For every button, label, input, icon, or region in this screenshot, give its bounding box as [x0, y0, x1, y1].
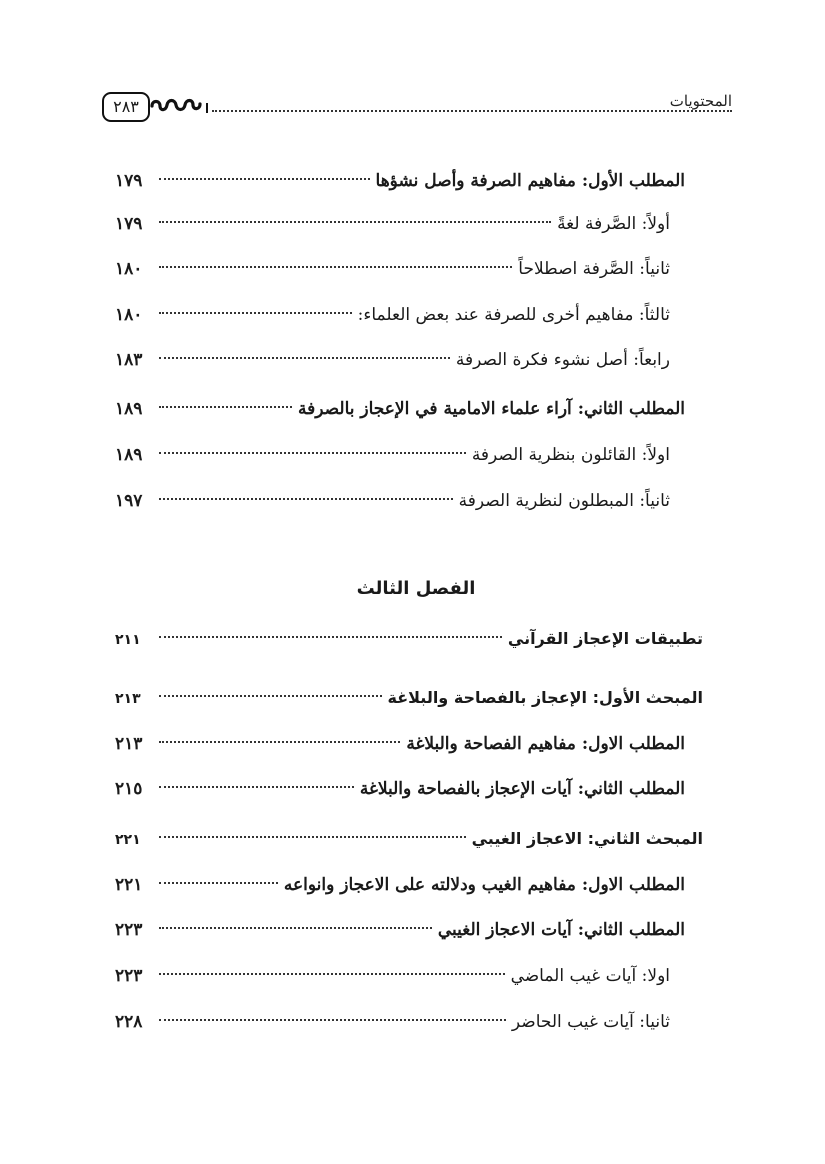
toc-entry[interactable]: ثانيا: آيات غيب الحاضر ٢٢٨ [115, 1007, 670, 1037]
toc-entry-page: ١٧٩ [115, 166, 157, 196]
header-dotted-rule [212, 106, 732, 112]
toc-entry-page: ٢٢١ [115, 870, 157, 900]
toc-entry-page: ١٨٠ [115, 254, 157, 284]
toc-entry-label: المطلب الأول: مفاهيم الصرفة وأصل نشؤها [372, 166, 685, 196]
toc-entry[interactable]: المطلب الاول: مفاهيم الفصاحة والبلاغة ٢١… [115, 729, 685, 759]
toc-entry-page: ١٨٠ [115, 300, 157, 330]
chapter-heading: الفصل الثالث [100, 578, 732, 599]
toc-entry-page: ١٩٧ [115, 486, 157, 516]
dot-leader [159, 741, 400, 743]
toc-entry[interactable]: ثانياً: المبطلون لنظرية الصرفة ١٩٧ [115, 486, 670, 516]
toc-entry[interactable]: اولاً: القائلون بنظرية الصرفة ١٨٩ [115, 440, 670, 470]
toc-entry-label: المبحث الثاني: الاعجاز الغيبي [468, 824, 703, 854]
dot-leader [159, 498, 453, 500]
dot-leader [159, 1019, 506, 1021]
dot-leader [159, 882, 278, 884]
toc-entry[interactable]: ثانياً: الصَّرفة اصطلاحاً ١٨٠ [115, 254, 670, 284]
document-page: المحتويات ٢٨٣ المطلب الأول: مفاهيم الصرف… [0, 0, 825, 1164]
toc-entry-label: ثالثاً: مفاهيم أخرى للصرفة عند بعض العلم… [354, 300, 670, 330]
toc-entry-label: اولا: آيات غيب الماضي [507, 961, 670, 991]
toc-entry[interactable]: اولا: آيات غيب الماضي ٢٢٣ [115, 961, 670, 991]
toc-entry[interactable]: المبحث الثاني: الاعجاز الغيبي ٢٢١ [115, 824, 703, 854]
toc-entry-label: اولاً: القائلون بنظرية الصرفة [468, 440, 670, 470]
toc-entry-label: رابعاً: أصل نشوء فكرة الصرفة [452, 345, 670, 375]
toc-entry-page: ١٨٩ [115, 440, 157, 470]
dot-leader [159, 357, 450, 359]
toc-entry-label: المطلب الاول: مفاهيم الفصاحة والبلاغة [402, 729, 685, 759]
toc-entry-label: المطلب الثاني: آيات الإعجاز بالفصاحة وال… [356, 774, 685, 804]
header-page-number: ٢٨٣ [102, 92, 150, 122]
toc-entry-page: ١٨٩ [115, 394, 157, 424]
toc-entry[interactable]: المطلب الأول: مفاهيم الصرفة وأصل نشؤها ١… [115, 166, 685, 196]
toc-entry[interactable]: المطلب الثاني: آراء علماء الامامية في ال… [115, 394, 685, 424]
dot-leader [159, 927, 432, 929]
header-divider-bar [206, 103, 208, 113]
ornament-icon [150, 96, 202, 119]
toc-entry-page: ١٨٣ [115, 345, 157, 375]
running-header: المحتويات ٢٨٣ [100, 92, 732, 126]
toc-entry-page: ٢٢٨ [115, 1007, 157, 1037]
toc-entry-page: ٢٢١ [115, 825, 157, 855]
toc-entry[interactable]: أولاً: الصَّرفة لغةً ١٧٩ [115, 209, 670, 239]
toc-entry-page: ٢٢٣ [115, 915, 157, 945]
toc-entry-label: ثانيا: آيات غيب الحاضر [508, 1007, 670, 1037]
dot-leader [159, 312, 352, 314]
toc-entry[interactable]: المطلب الثاني: آيات الإعجاز بالفصاحة وال… [115, 774, 685, 804]
dot-leader [159, 973, 505, 975]
toc-entry[interactable]: المطلب الثاني: آيات الاعجاز الغيبي ٢٢٣ [115, 915, 685, 945]
toc-entry-label: المطلب الثاني: آراء علماء الامامية في ال… [294, 394, 685, 424]
toc-entry[interactable]: رابعاً: أصل نشوء فكرة الصرفة ١٨٣ [115, 345, 670, 375]
toc-entry[interactable]: المبحث الأول: الإعجاز بالفصاحة والبلاغة … [115, 683, 703, 713]
toc-entry-label: المطلب الثاني: آيات الاعجاز الغيبي [434, 915, 685, 945]
dot-leader [159, 836, 466, 838]
dot-leader [159, 695, 382, 697]
dot-leader [159, 636, 502, 638]
toc-entry-label: ثانياً: الصَّرفة اصطلاحاً [514, 254, 670, 284]
dot-leader [159, 178, 370, 180]
toc-entry-label: ثانياً: المبطلون لنظرية الصرفة [455, 486, 670, 516]
dot-leader [159, 452, 466, 454]
dot-leader [159, 786, 354, 788]
toc-entry[interactable]: ثالثاً: مفاهيم أخرى للصرفة عند بعض العلم… [115, 300, 670, 330]
toc-entry-page: ٢٢٣ [115, 961, 157, 991]
toc-entry[interactable]: تطبيقات الإعجاز القرآني ٢١١ [115, 624, 703, 654]
dot-leader [159, 406, 292, 408]
dot-leader [159, 221, 551, 223]
dot-leader [159, 266, 512, 268]
toc-entry-label: أولاً: الصَّرفة لغةً [553, 209, 670, 239]
toc-entry-page: ٢١٣ [115, 684, 157, 714]
toc-entry-page: ٢١٥ [115, 774, 157, 804]
toc-entry-label: تطبيقات الإعجاز القرآني [504, 624, 703, 654]
toc-entry[interactable]: المطلب الاول: مفاهيم الغيب ودلالته على ا… [115, 870, 685, 900]
toc-entry-page: ٢١١ [115, 625, 157, 655]
toc-entry-label: المبحث الأول: الإعجاز بالفصاحة والبلاغة [384, 683, 704, 713]
toc-entry-label: المطلب الاول: مفاهيم الغيب ودلالته على ا… [280, 870, 685, 900]
toc-entry-page: ١٧٩ [115, 209, 157, 239]
toc-entry-page: ٢١٣ [115, 729, 157, 759]
